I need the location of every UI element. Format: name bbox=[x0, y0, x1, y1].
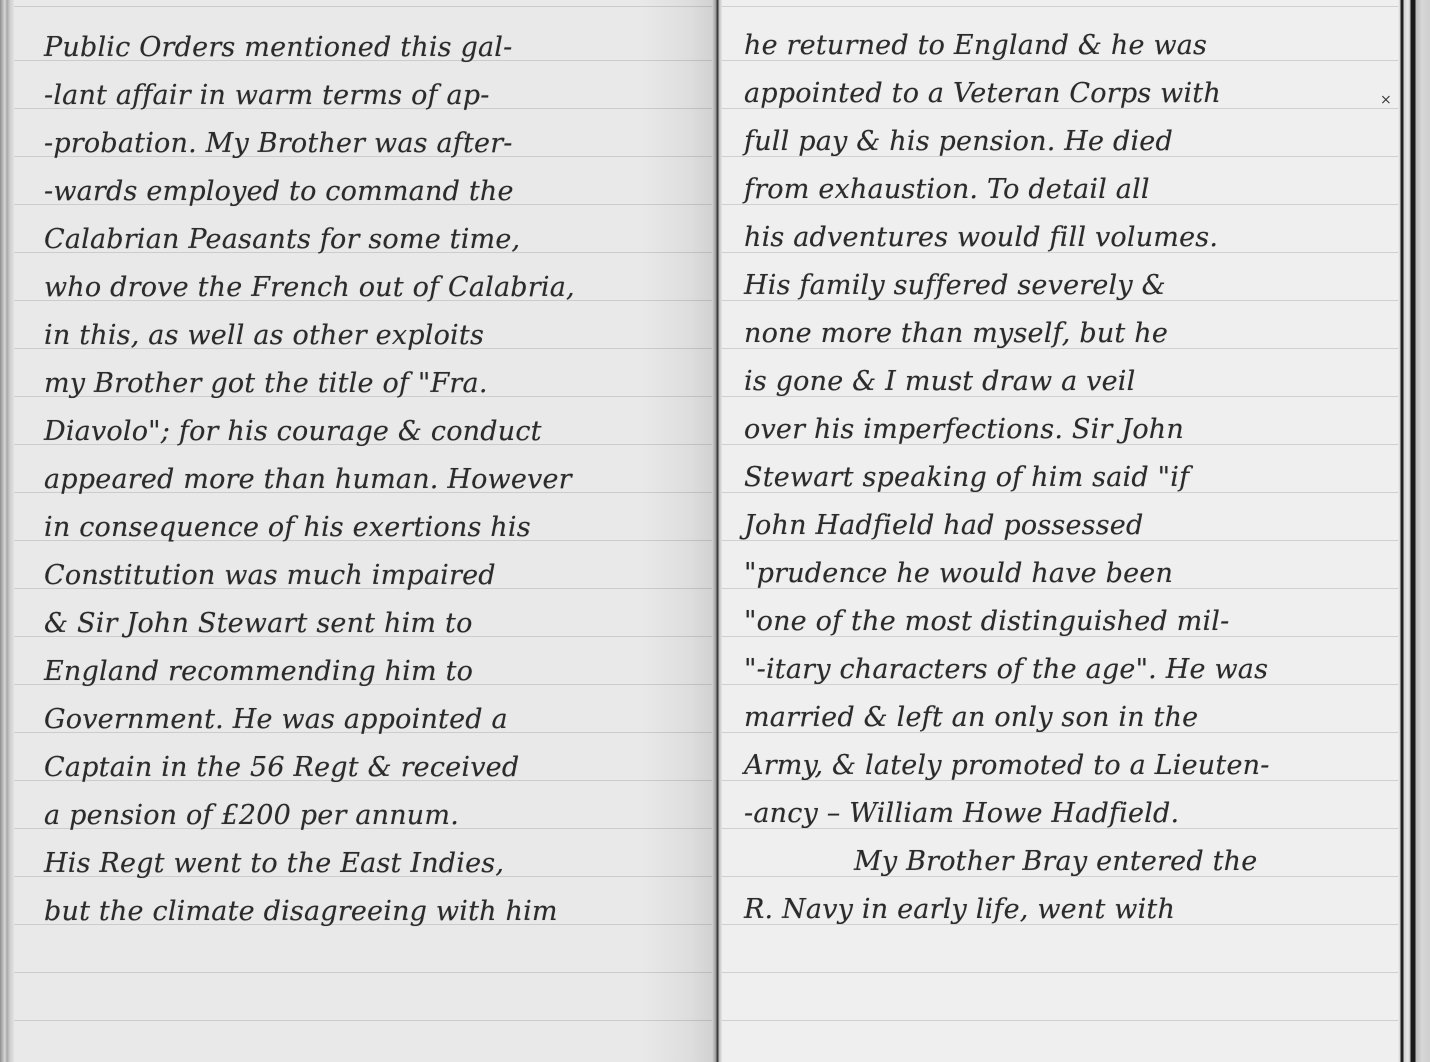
handwritten-line: Diavolo"; for his courage & conduct bbox=[44, 408, 708, 456]
right-cover-edge bbox=[1398, 0, 1430, 1062]
page-gutter bbox=[712, 0, 722, 1062]
handwritten-line: Calabrian Peasants for some time, bbox=[44, 216, 708, 264]
handwritten-line: Government. He was appointed a bbox=[44, 696, 708, 744]
handwritten-line: from exhaustion. To detail all bbox=[744, 166, 1384, 214]
handwritten-line: my Brother got the title of "Fra. bbox=[44, 360, 708, 408]
handwritten-line: a pension of £200 per annum. bbox=[44, 792, 708, 840]
handwritten-line: & Sir John Stewart sent him to bbox=[44, 600, 708, 648]
handwritten-line: "prudence he would have been bbox=[744, 550, 1384, 598]
right-page: he returned to England & he wasappointed… bbox=[718, 0, 1400, 1062]
handwritten-line: is gone & I must draw a veil bbox=[744, 358, 1384, 406]
handwritten-line: in this, as well as other exploits bbox=[44, 312, 708, 360]
handwritten-line: Army, & lately promoted to a Lieuten- bbox=[744, 742, 1384, 790]
handwritten-line: who drove the French out of Calabria, bbox=[44, 264, 708, 312]
handwritten-line: England recommending him to bbox=[44, 648, 708, 696]
handwritten-line: -wards employed to command the bbox=[44, 168, 708, 216]
handwritten-line: -lant affair in warm terms of ap- bbox=[44, 72, 708, 120]
handwritten-line: "one of the most distinguished mil- bbox=[744, 598, 1384, 646]
handwritten-line: John Hadfield had possessed bbox=[744, 502, 1384, 550]
handwritten-line: but the climate disagreeing with him bbox=[44, 888, 708, 936]
left-page-text: Public Orders mentioned this gal--lant a… bbox=[44, 24, 708, 936]
handwritten-line: in consequence of his exertions his bbox=[44, 504, 708, 552]
handwritten-line: none more than myself, but he bbox=[744, 310, 1384, 358]
handwritten-line: -ancy – William Howe Hadfield. bbox=[744, 790, 1384, 838]
margin-mark: × bbox=[1380, 92, 1392, 108]
handwritten-line: His family suffered severely & bbox=[744, 262, 1384, 310]
handwritten-line: -probation. My Brother was after- bbox=[44, 120, 708, 168]
handwritten-line: Constitution was much impaired bbox=[44, 552, 708, 600]
handwritten-line: His Regt went to the East Indies, bbox=[44, 840, 708, 888]
handwritten-line: Stewart speaking of him said "if bbox=[744, 454, 1384, 502]
handwritten-line: R. Navy in early life, went with bbox=[744, 886, 1384, 934]
handwritten-line: married & left an only son in the bbox=[744, 694, 1384, 742]
handwritten-line: "-itary characters of the age". He was bbox=[744, 646, 1384, 694]
handwritten-line: his adventures would fill volumes. bbox=[744, 214, 1384, 262]
left-page: Public Orders mentioned this gal--lant a… bbox=[0, 0, 716, 1062]
handwritten-line: My Brother Bray entered the bbox=[744, 838, 1384, 886]
left-binding-edge bbox=[0, 0, 14, 1062]
handwritten-line: over his imperfections. Sir John bbox=[744, 406, 1384, 454]
notebook-spread: Public Orders mentioned this gal--lant a… bbox=[0, 0, 1430, 1062]
right-page-text: he returned to England & he wasappointed… bbox=[744, 22, 1384, 934]
handwritten-line: he returned to England & he was bbox=[744, 22, 1384, 70]
handwritten-line: full pay & his pension. He died bbox=[744, 118, 1384, 166]
handwritten-line: Public Orders mentioned this gal- bbox=[44, 24, 708, 72]
handwritten-line: appointed to a Veteran Corps with bbox=[744, 70, 1384, 118]
handwritten-line: appeared more than human. However bbox=[44, 456, 708, 504]
handwritten-line: Captain in the 56 Regt & received bbox=[44, 744, 708, 792]
